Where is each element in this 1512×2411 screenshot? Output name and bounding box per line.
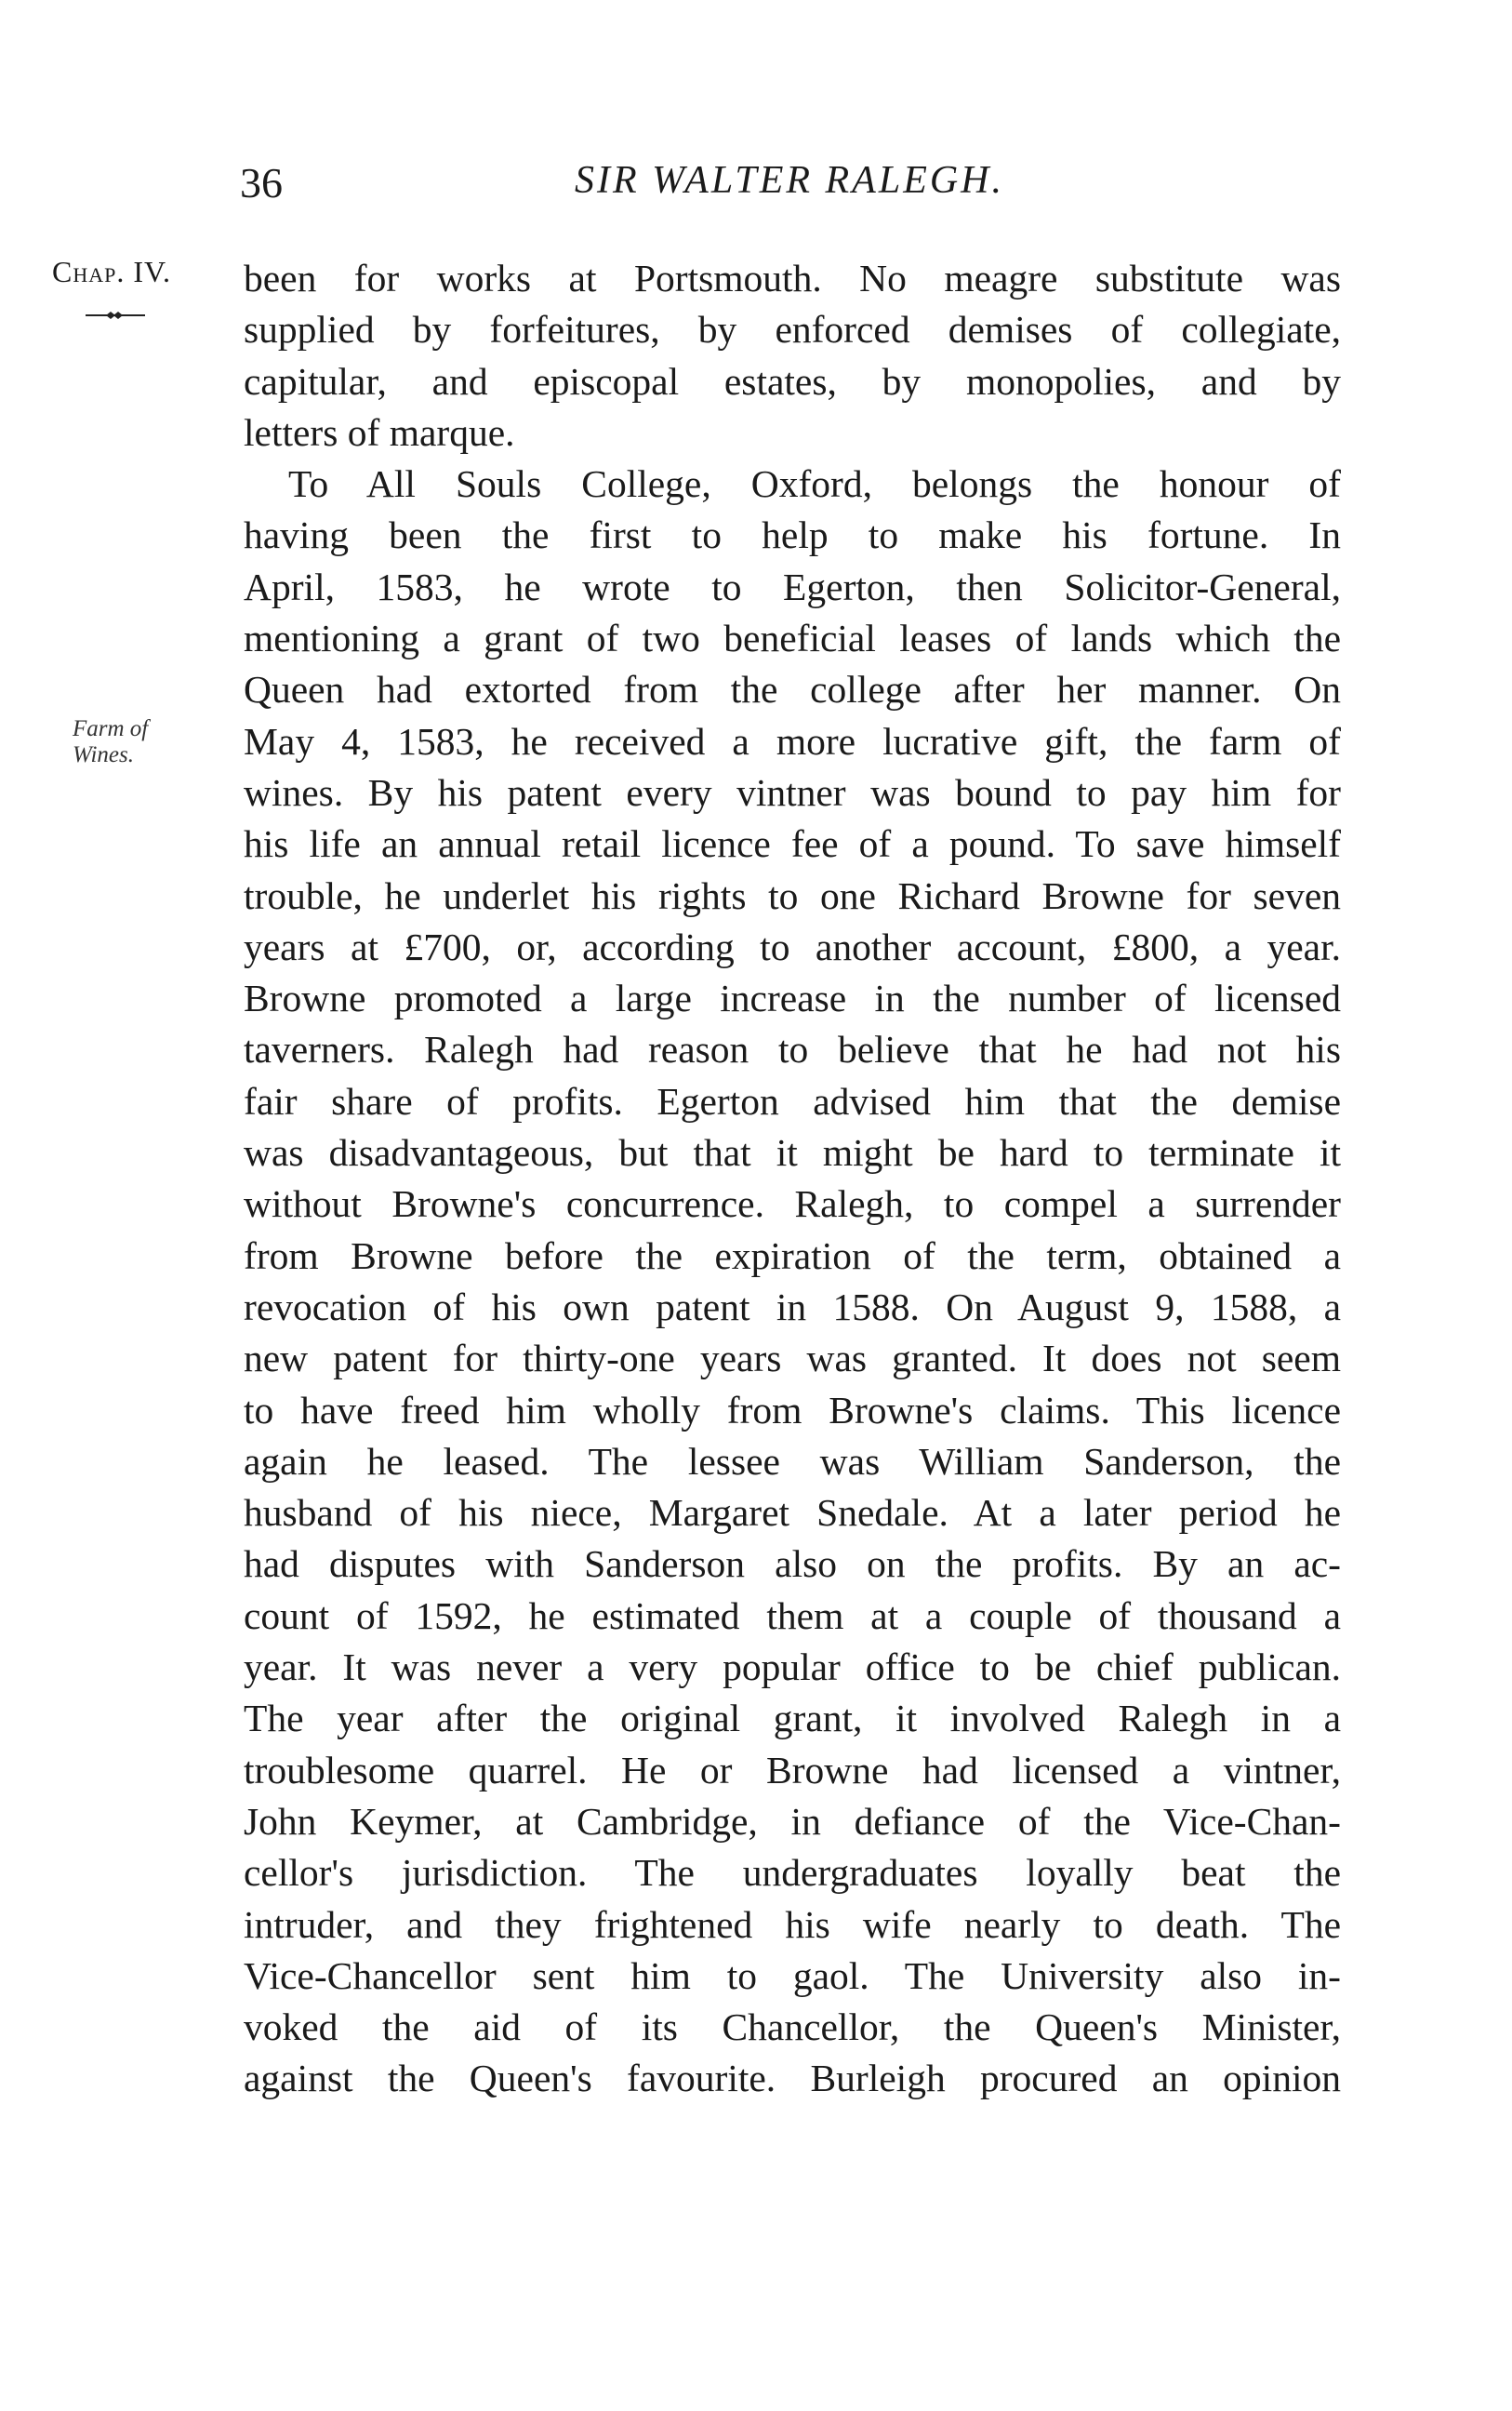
text-line: John Keymer, at Cambridge, in defiance o… — [244, 1796, 1341, 1847]
running-title: SIR WALTER RALEGH. — [240, 158, 1339, 203]
body-text: been for works at Portsmouth. No meagre … — [244, 253, 1341, 2105]
text-line: April, 1583, he wrote to Egerton, then S… — [244, 562, 1341, 613]
text-line: year. It was never a very popular office… — [244, 1642, 1341, 1693]
text-line: wines. By his patent every vintner was b… — [244, 767, 1341, 819]
text-line: Vice-Chancellor sent him to gaol. The Un… — [244, 1951, 1341, 2002]
text-line: taverners. Ralegh had reason to believe … — [244, 1024, 1341, 1075]
text-line: new patent for thirty-one years was gran… — [244, 1333, 1341, 1384]
text-line: May 4, 1583, he received a more lucrativ… — [244, 716, 1341, 767]
text-line: husband of his niece, Margaret Snedale. … — [244, 1487, 1341, 1539]
chapter-label: Chap. IV. — [52, 255, 171, 289]
text-line: years at £700, or, according to another … — [244, 922, 1341, 973]
text-line: cellor's jurisdiction. The undergraduate… — [244, 1847, 1341, 1898]
text-line: intruder, and they frightened his wife n… — [244, 1899, 1341, 1951]
side-note: Farm of Wines. — [73, 716, 148, 768]
text-line: to have freed him wholly from Browne's c… — [244, 1385, 1341, 1436]
side-note-line: Wines. — [73, 742, 148, 768]
text-line: count of 1592, he estimated them at a co… — [244, 1591, 1341, 1642]
text-line: To All Souls College, Oxford, belongs th… — [244, 459, 1341, 510]
text-line: having been the first to help to make hi… — [244, 510, 1341, 561]
text-line: mentioning a grant of two beneficial lea… — [244, 613, 1341, 664]
text-line: was disadvantageous, but that it might b… — [244, 1127, 1341, 1179]
ornament-rule-icon — [86, 311, 145, 320]
text-line: The year after the original grant, it in… — [244, 1693, 1341, 1744]
text-line: against the Queen's favourite. Burleigh … — [244, 2053, 1341, 2104]
text-line: fair share of profits. Egerton advised h… — [244, 1076, 1341, 1127]
page-header: 36 SIR WALTER RALEGH. — [240, 158, 1339, 214]
text-line: been for works at Portsmouth. No meagre … — [244, 253, 1341, 304]
text-line: revocation of his own patent in 1588. On… — [244, 1282, 1341, 1333]
text-line: letters of marque. — [244, 407, 1341, 459]
text-line: his life an annual retail licence fee of… — [244, 819, 1341, 870]
text-line: voked the aid of its Chancellor, the Que… — [244, 2002, 1341, 2053]
text-line: supplied by forfeitures, by enforced dem… — [244, 304, 1341, 355]
text-line: troublesome quarrel. He or Browne had li… — [244, 1745, 1341, 1796]
text-line: had disputes with Sanderson also on the … — [244, 1539, 1341, 1590]
text-line: without Browne's concurrence. Ralegh, to… — [244, 1179, 1341, 1230]
text-line: capitular, and episcopal estates, by mon… — [244, 356, 1341, 407]
text-line: Queen had extorted from the college afte… — [244, 664, 1341, 715]
text-line: trouble, he underlet his rights to one R… — [244, 871, 1341, 922]
text-line: from Browne before the expiration of the… — [244, 1231, 1341, 1282]
side-note-line: Farm of — [73, 716, 148, 742]
text-line: Browne promoted a large increase in the … — [244, 973, 1341, 1024]
text-line: again he leased. The lessee was William … — [244, 1436, 1341, 1487]
